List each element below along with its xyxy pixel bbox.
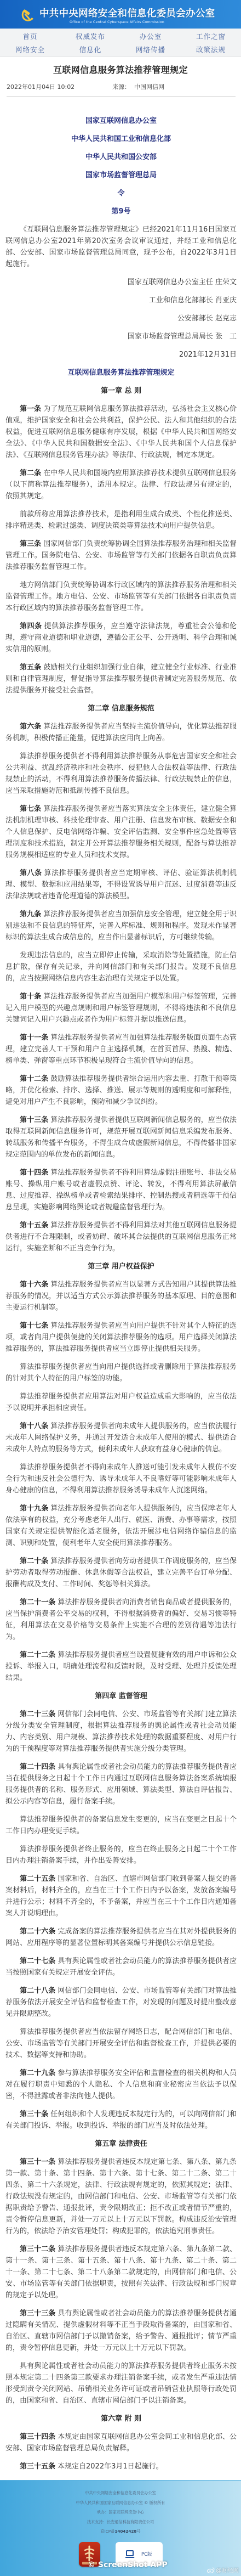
article-clause: 第三十三条具有舆论属性或者社会动员能力的算法推荐服务提供者通过隐瞒有关情况、提供… [5, 2308, 237, 2354]
article-content: 国家互联网信息办公室 中华人民共和国工业和信息化部 中华人民共和国公安部 国家市… [0, 97, 241, 2472]
article-clause: 第十条算法推荐服务提供者应当加强用户模型和用户标签管理，完善记入用户模型的兴趣点… [5, 991, 237, 1025]
clause-label: 第二十六条 [20, 1927, 55, 1936]
clause-label: 第三十一条 [20, 2158, 55, 2166]
clause-label: 第十三条 [20, 1116, 48, 1124]
article-clause: 第三十四条本规定由国家互联网信息办公室会同工业和信息化部、公安部、国家市场监督管… [5, 2431, 237, 2454]
clause-text: 本规定自2022年3月1日起施行。 [58, 2462, 163, 2471]
article-clause: 第二十三条网信部门会同电信、公安、市场监管等有关部门建立算法分级分类安全管理制度… [5, 1709, 237, 1755]
order-label: 令 [5, 188, 237, 199]
site-footer: 中共中央网络安全和信息化委员会办公室 中华人民共和国国家互联网信息办公室 © 版… [0, 2480, 241, 2576]
clause-label: 第十六条 [20, 1281, 48, 1289]
article-clause: 第一条为了规范互联网信息服务算法推荐活动，弘扬社会主义核心价值观，维护国家安全和… [5, 403, 237, 461]
clause-label: 第十五条 [20, 1221, 48, 1230]
article-clause: 第四条提供算法推荐服务，应当遵守法律法规，尊重社会公德和伦理，遵守商业道德和职业… [5, 621, 237, 655]
clause-label: 第十四条 [20, 1169, 48, 1177]
clause-paragraph: 算法推荐服务提供者应用算法对用户权益造成重大影响的，应当依法予以说明并承担相应责… [5, 1391, 237, 1414]
chapter-heading: 第六章 附 则 [5, 2413, 237, 2425]
clause-label: 第十二条 [20, 1075, 48, 1083]
issuer: 中华人民共和国公安部 [5, 151, 237, 163]
clause-label: 第二条 [20, 469, 41, 477]
clause-paragraph: 具有舆论属性或者社会动员能力的算法推荐服务提供者终止服务未按照本规定第二十四条第… [5, 2360, 237, 2406]
clause-paragraph: 算法推荐服务提供者的备案信息发生变更的，应当在变更之日起十个工作日内办理变更手续… [5, 1814, 237, 1837]
weibo-account: @财经网 [216, 2566, 239, 2574]
screenshot-app-watermark: © ScreenShot APP [88, 2561, 168, 2569]
pc-version-label: PC版 [141, 2551, 152, 2557]
clause-label: 第二十三条 [20, 1710, 55, 1718]
chapter-heading: 第四章 监督管理 [5, 1690, 237, 1702]
clause-paragraph: 前款所称应用算法推荐技术，是指利用生成合成类、个性化推送类、排序精选类、检索过滤… [5, 509, 237, 532]
issuer: 国家市场监督管理总局 [5, 170, 237, 181]
article-clause: 第二十条算法推荐服务提供者向劳动者提供工作调度服务的，应当保护劳动者取得劳动报酬… [5, 1555, 237, 1590]
nav-item-network-communication[interactable]: 网络传播 [120, 43, 181, 56]
clause-label: 第三十二条 [20, 2245, 55, 2253]
nav-item-home[interactable]: 首页 [0, 29, 60, 43]
chapter-heading: 第二章 信息服务规范 [5, 703, 237, 714]
chapter-heading: 第三章 用户权益保护 [5, 1261, 237, 1272]
clause-label: 第二十八条 [20, 1987, 55, 1995]
article-clause: 第二十一条算法推荐服务提供者向消费者销售商品或者提供服务的，应当保护消费者公平交… [5, 1597, 237, 1643]
clause-paragraph: 算法推荐服务提供者终止服务的，应当在终止服务之日起二十个工作日内办理注销备案手续… [5, 1844, 237, 1867]
clause-label: 第三条 [20, 540, 41, 548]
clause-label: 第二十七条 [20, 1957, 55, 1965]
article-clause: 第二十六条完成备案的算法推荐服务提供者应当在其对外提供服务的网站、应用程序等的显… [5, 1926, 237, 1949]
nav-item-cybersecurity[interactable]: 网络安全 [0, 43, 60, 56]
footer-copyright: 中华人民共和国国家互联网信息办公室 © 版权所有 [0, 2498, 241, 2508]
clause-label: 第二十五条 [20, 1875, 55, 1883]
clause-paragraph: 算法推荐服务提供者不得向未成年人推送可能引发未成年人模仿不安全行为和违反社会公德… [5, 1462, 237, 1496]
nav-item-policies-regulations[interactable]: 政策法规 [181, 43, 241, 56]
clause-label: 第三十条 [20, 2110, 48, 2118]
article-clause: 第十六条算法推荐服务提供者应当以显著方式告知用户其提供算法推荐服务的情况，并以适… [5, 1279, 237, 1314]
footer-info: 中共中央网络安全和信息化委员会办公室 中华人民共和国国家互联网信息办公室 © 版… [0, 2481, 241, 2536]
article-clause: 第十三条算法推荐服务提供者提供互联网新闻信息服务的，应当依法取得互联网新闻信息服… [5, 1114, 237, 1160]
site-header: 中共中央网络安全和信息化委员会办公室 Office of the Central… [0, 0, 241, 29]
article-clause: 第二十二条算法推荐服务提供者应当设置便捷有效的用户申诉和公众投诉、举报入口，明确… [5, 1649, 237, 1684]
article-clause: 第二十九条参与算法推荐服务安全评估和监督检查的相关机构和人员对在履行职责中知悉的… [5, 2067, 237, 2102]
order-number: 第9号 [5, 206, 237, 217]
article-clause: 第八条算法推荐服务提供者应当定期审核、评估、验证算法机制机理、模型、数据和应用结… [5, 867, 237, 902]
clause-label: 第一条 [20, 405, 41, 413]
clause-paragraph: 算法推荐服务提供者应当依法留存网络日志，配合网信部门和电信、公安、市场监管等有关… [5, 2026, 237, 2061]
clause-label: 第三十五条 [20, 2462, 55, 2471]
clause-text: 算法推荐服务提供者违反本规定第七条、第八条、第九条第一款、第十条、第十四条、第十… [5, 2158, 237, 2235]
issuer: 国家互联网信息办公室 [5, 115, 237, 127]
clause-label: 第九条 [20, 910, 41, 918]
signature: 工业和信息化部部长 肖亚庆 [5, 295, 237, 306]
article-clause: 第三十二条算法推荐服务提供者违反本规定第六条、第九条第二款、第十一条、第十三条、… [5, 2244, 237, 2301]
footer-org: 中共中央网络安全和信息化委员会办公室 [0, 2488, 241, 2498]
article-clause: 第十二条鼓励算法推荐服务提供者综合运用内容去重、打散干预等策略，并优化检索、排序… [5, 1073, 237, 1108]
clause-label: 第六条 [20, 723, 41, 731]
regulation-title: 互联网信息服务算法推荐管理规定 [5, 367, 237, 379]
article-clause: 第二十八条网信部门会同电信、公安、市场监管等有关部门对算法推荐服务依法开展安全评… [5, 1985, 237, 2020]
nav-item-informatization[interactable]: 信息化 [60, 43, 120, 56]
article-clause: 第三条国家网信部门负责统筹协调全国算法推荐服务治理和相关监督管理工作。国务院电信… [5, 538, 237, 573]
source-name: 中国网信网 [134, 82, 164, 91]
clause-paragraph: 地方网信部门负责统筹协调本行政区域内的算法推荐服务治理和相关监督管理工作。地方电… [5, 579, 237, 614]
icp-prefix: 京ICP备 [100, 2529, 114, 2534]
article-clause: 第五条鼓励相关行业组织加强行业自律，建立健全行业标准、行业准则和自律管理制度，督… [5, 662, 237, 696]
article-title: 互联网信息服务算法推荐管理规定 [0, 64, 241, 76]
clause-label: 第二十四条 [20, 1763, 55, 1771]
clause-label: 第二十二条 [20, 1651, 55, 1659]
laptop-icon [125, 2550, 135, 2558]
site-org-name-en: Office of the Central Cyberspace Affairs… [70, 20, 164, 24]
site-org-name: 中共中央网络安全和信息化委员会办公室 [39, 6, 215, 20]
article-clause: 第二条在中华人民共和国境内应用算法推荐技术提供互联网信息服务（以下简称算法推荐服… [5, 467, 237, 502]
article-clause: 第七条算法推荐服务提供者应当落实算法安全主体责任，建立健全算法机制机理审核、科技… [5, 803, 237, 861]
chapter-heading: 第五章 法律责任 [5, 2138, 237, 2150]
clause-label: 第二十一条 [20, 1598, 55, 1607]
clause-label: 第十条 [20, 993, 41, 1001]
clause-label: 第十七条 [20, 1322, 48, 1330]
article-clause: 第二十四条具有舆论属性或者社会动员能力的算法推荐服务提供者应当在提供服务之日起十… [5, 1761, 237, 1807]
weibo-watermark: @财经网 [207, 2566, 239, 2574]
clause-label: 第七条 [20, 805, 41, 813]
article-clause: 第二十七条具有舆论属性或者社会动员能力的算法推荐服务提供者应当按照国家有关规定开… [5, 1955, 237, 1978]
intro-paragraph: 《互联网信息服务算法推荐管理规定》已经2021年11月16日国家互联网信息办公室… [5, 224, 237, 270]
clause-label: 第二十条 [20, 1557, 48, 1565]
clause-label: 第十八条 [20, 1422, 48, 1430]
article-clause: 第九条算法推荐服务提供者应当加强信息安全管理，建立健全用于识别违法和不良信息的特… [5, 909, 237, 943]
article-clause: 第十一条算法推荐服务提供者应当加强算法推荐服务版面页面生态管理，建立完善人工干预… [5, 1032, 237, 1067]
nav-item-work-window[interactable]: 工作之窗 [181, 29, 241, 43]
article-clause: 第十七条算法推荐服务提供者应当向用户提供不针对其个人特征的选项，或者向用户提供便… [5, 1320, 237, 1355]
signature: 公安部部长 赵克志 [5, 313, 237, 324]
clause-label: 第十九条 [20, 1504, 48, 1513]
signature: 国家市场监督管理总局局长 张 工 [5, 331, 237, 342]
article-clause: 第六条算法推荐服务提供者应当坚持主流价值导向，优化算法推荐服务机制，积极传播正能… [5, 721, 237, 744]
article-clause: 第十四条算法推荐服务提供者不得利用算法虚假注册账号、非法交易账号、操纵用户账号或… [5, 1167, 237, 1213]
article-clause: 第三十五条本规定自2022年3月1日起施行。 [5, 2461, 237, 2472]
icp-suffix: 号 [136, 2529, 140, 2534]
signature: 国家互联网信息办公室主任 庄荣文 [5, 277, 237, 288]
footer-organizer: 承办：国家互联网应急中心 [0, 2507, 241, 2517]
clause-paragraph: 算法推荐服务提供者应当向用户提供选择或者删除用于算法推荐服务的针对其个人特征的用… [5, 1361, 237, 1384]
footer-icp[interactable]: 京ICP备14042428号 [0, 2527, 241, 2536]
footer-tech-support: 技术支持：长安通信科技有限责任公司 [0, 2517, 241, 2527]
source-label: 来源： [112, 82, 130, 91]
sign-date: 2021年12月31日 [5, 349, 237, 360]
issuer: 中华人民共和国工业和信息化部 [5, 133, 237, 145]
nav-item-authoritative-release[interactable]: 权威发布 [60, 29, 120, 43]
clause-label: 第五条 [20, 663, 41, 672]
article-clause: 第三十条任何组织和个人发现违反本规定行为的，可以向网信部门和有关部门投诉、举报。… [5, 2109, 237, 2132]
publish-date: 2022年01月04日 10:02 [7, 82, 74, 91]
party-emblem-icon [20, 7, 35, 22]
clause-paragraph: 发现违法信息的，应当立即停止传输，采取消除等处置措施，防止信息扩散，保存有关记录… [5, 950, 237, 984]
article-clause: 第十五条算法推荐服务提供者不得利用算法对其他互联网信息服务提供者进行不合理限制，… [5, 1220, 237, 1254]
clause-label: 第八条 [20, 869, 42, 877]
article-meta: 2022年01月04日 10:02 来源： 中国网信网 [0, 81, 241, 92]
clause-label: 第十一条 [20, 1034, 48, 1042]
chapter-heading: 第一章 总 则 [5, 385, 237, 397]
weibo-icon [207, 2567, 215, 2573]
article-clause: 第十八条算法推荐服务提供者向未成年人提供服务的，应当依法履行未成年人网络保护义务… [5, 1421, 237, 1455]
clause-label: 第四条 [20, 622, 42, 630]
clause-label: 第二十九条 [20, 2069, 55, 2077]
nav-item-office[interactable]: 办公室 [120, 29, 181, 43]
clause-label: 第三十三条 [20, 2309, 55, 2318]
article-clause: 第三十一条算法推荐服务提供者违反本规定第七条、第八条、第九条第一款、第十条、第十… [5, 2156, 237, 2237]
clause-paragraph: 算法推荐服务提供者不得利用算法推荐服务从事危害国家安全和社会公共利益、扰乱经济秩… [5, 751, 237, 797]
icp-number: 14042428 [114, 2529, 136, 2534]
article-clause: 第二十五条国家和省、自治区、直辖市网信部门收到备案人提交的备案材料后，材料齐全的… [5, 1873, 237, 1919]
article-clause: 第十九条算法推荐服务提供者向老年人提供服务的，应当保障老年人依法享有的权益，充分… [5, 1503, 237, 1549]
main-nav: 首页 权威发布 办公室 工作之窗 网络安全 信息化 网络传播 政策法规 [0, 29, 241, 57]
clause-label: 第三十四条 [20, 2433, 55, 2441]
